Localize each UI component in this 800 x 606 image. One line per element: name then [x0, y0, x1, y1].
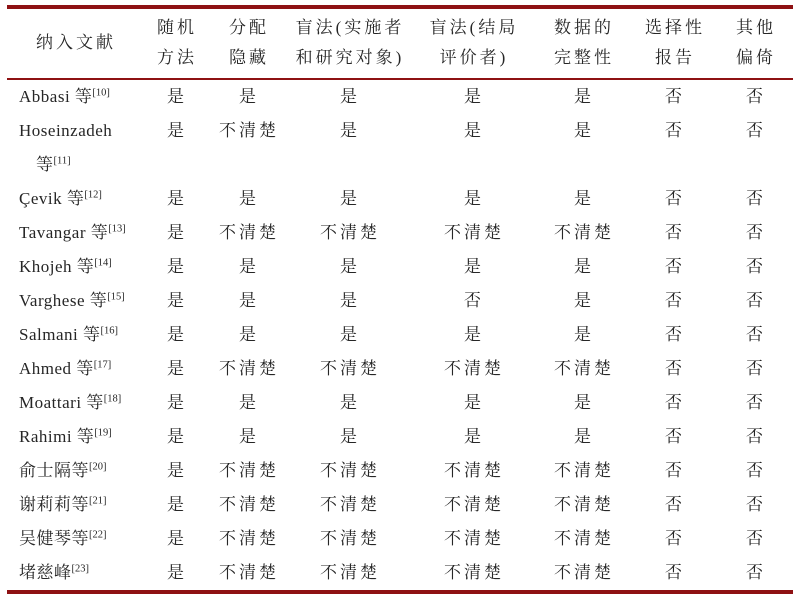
- assessment-cell: 否: [719, 79, 793, 114]
- reference-number: [22]: [89, 529, 107, 540]
- assessment-cell: 是: [145, 386, 209, 420]
- assessment-cell: 不清楚: [289, 522, 411, 556]
- table-row: Ahmed 等[17]是不清楚不清楚不清楚不清楚否否: [7, 352, 793, 386]
- study-citation: Hoseinzadeh 等[11]: [7, 114, 145, 182]
- col-header-allocation-concealment: 分配 隐藏: [209, 7, 289, 79]
- reference-number: [17]: [94, 359, 112, 370]
- header-row: 纳入文献 随机 方法 分配 隐藏 盲法(实施者 和研究对象) 盲法(结局 评价者…: [7, 7, 793, 79]
- assessment-cell: 否: [631, 250, 719, 284]
- col-header-selective-reporting: 选择性 报告: [631, 7, 719, 79]
- assessment-cell: 是: [145, 522, 209, 556]
- assessment-cell: 否: [719, 318, 793, 352]
- paper-table-figure: 纳入文献 随机 方法 分配 隐藏 盲法(实施者 和研究对象) 盲法(结局 评价者…: [0, 0, 800, 594]
- reference-number: [15]: [107, 291, 125, 302]
- assessment-cell: 是: [289, 114, 411, 182]
- reference-number: [11]: [54, 155, 71, 166]
- study-name: Abbasi 等: [19, 87, 92, 106]
- study-citation: Ahmed 等[17]: [7, 352, 145, 386]
- assessment-cell: 是: [209, 284, 289, 318]
- assessment-cell: 是: [289, 420, 411, 454]
- reference-number: [12]: [84, 189, 102, 200]
- study-name: 堵慈峰: [19, 563, 72, 582]
- assessment-cell: 不清楚: [209, 556, 289, 592]
- assessment-cell: 是: [411, 318, 537, 352]
- assessment-cell: 不清楚: [537, 488, 631, 522]
- assessment-cell: 不清楚: [289, 216, 411, 250]
- study-citation: 谢莉莉等[21]: [7, 488, 145, 522]
- assessment-cell: 是: [145, 250, 209, 284]
- assessment-cell: 是: [145, 114, 209, 182]
- assessment-cell: 是: [411, 250, 537, 284]
- assessment-cell: 不清楚: [209, 114, 289, 182]
- assessment-cell: 是: [411, 114, 537, 182]
- study-citation: Çevik 等[12]: [7, 182, 145, 216]
- assessment-cell: 是: [145, 352, 209, 386]
- assessment-cell: 是: [145, 318, 209, 352]
- assessment-cell: 否: [631, 454, 719, 488]
- assessment-cell: 不清楚: [411, 454, 537, 488]
- reference-number: [10]: [92, 87, 110, 98]
- assessment-cell: 不清楚: [411, 556, 537, 592]
- assessment-cell: 是: [145, 216, 209, 250]
- col-header-included-studies: 纳入文献: [7, 7, 145, 79]
- assessment-cell: 是: [411, 79, 537, 114]
- assessment-cell: 是: [145, 284, 209, 318]
- assessment-cell: 是: [411, 420, 537, 454]
- reference-number: [16]: [100, 325, 118, 336]
- assessment-cell: 否: [719, 216, 793, 250]
- assessment-cell: 否: [631, 556, 719, 592]
- table-row: 堵慈峰[23]是不清楚不清楚不清楚不清楚否否: [7, 556, 793, 592]
- table-row: Varghese 等[15]是是是否是否否: [7, 284, 793, 318]
- assessment-cell: 不清楚: [289, 454, 411, 488]
- assessment-cell: 不清楚: [537, 216, 631, 250]
- assessment-cell: 否: [631, 216, 719, 250]
- study-name: Varghese 等: [19, 291, 107, 310]
- table-row: Salmani 等[16]是是是是是否否: [7, 318, 793, 352]
- assessment-cell: 否: [631, 182, 719, 216]
- assessment-cell: 是: [537, 284, 631, 318]
- assessment-cell: 是: [411, 386, 537, 420]
- study-citation: 堵慈峰[23]: [7, 556, 145, 592]
- assessment-cell: 否: [411, 284, 537, 318]
- assessment-cell: 不清楚: [289, 352, 411, 386]
- study-name: Çevik 等: [19, 189, 84, 208]
- assessment-cell: 否: [719, 182, 793, 216]
- assessment-cell: 是: [289, 386, 411, 420]
- assessment-cell: 是: [145, 454, 209, 488]
- col-header-other-bias: 其他 偏倚: [719, 7, 793, 79]
- assessment-cell: 不清楚: [209, 216, 289, 250]
- study-name: 吴健琴等: [19, 529, 89, 548]
- assessment-cell: 是: [537, 250, 631, 284]
- assessment-cell: 不清楚: [209, 488, 289, 522]
- assessment-cell: 否: [719, 454, 793, 488]
- assessment-cell: 不清楚: [209, 522, 289, 556]
- study-name: Moattari 等: [19, 393, 104, 412]
- assessment-cell: 是: [209, 79, 289, 114]
- assessment-cell: 是: [209, 250, 289, 284]
- assessment-cell: 是: [209, 318, 289, 352]
- assessment-cell: 否: [631, 386, 719, 420]
- reference-number: [21]: [89, 495, 107, 506]
- study-citation: 吴健琴等[22]: [7, 522, 145, 556]
- assessment-cell: 是: [537, 182, 631, 216]
- assessment-cell: 是: [145, 182, 209, 216]
- assessment-cell: 是: [289, 284, 411, 318]
- assessment-cell: 否: [719, 420, 793, 454]
- table-row: Tavangar 等[13]是不清楚不清楚不清楚不清楚否否: [7, 216, 793, 250]
- assessment-cell: 是: [145, 79, 209, 114]
- assessment-cell: 否: [631, 284, 719, 318]
- assessment-cell: 否: [719, 522, 793, 556]
- reference-number: [20]: [89, 461, 107, 472]
- col-header-blinding-outcome-assessors: 盲法(结局 评价者): [411, 7, 537, 79]
- table-row: 谢莉莉等[21]是不清楚不清楚不清楚不清楚否否: [7, 488, 793, 522]
- study-citation: 俞士隔等[20]: [7, 454, 145, 488]
- study-citation: Salmani 等[16]: [7, 318, 145, 352]
- assessment-cell: 是: [289, 79, 411, 114]
- reference-number: [13]: [108, 223, 126, 234]
- study-citation: Varghese 等[15]: [7, 284, 145, 318]
- assessment-cell: 不清楚: [537, 352, 631, 386]
- study-citation: Abbasi 等[10]: [7, 79, 145, 114]
- study-citation: Moattari 等[18]: [7, 386, 145, 420]
- assessment-cell: 否: [719, 114, 793, 182]
- assessment-cell: 不清楚: [411, 352, 537, 386]
- table-row: Abbasi 等[10]是是是是是否否: [7, 79, 793, 114]
- assessment-cell: 是: [537, 114, 631, 182]
- table-row: Moattari 等[18]是是是是是否否: [7, 386, 793, 420]
- assessment-cell: 否: [631, 79, 719, 114]
- col-header-blinding-performers-participants: 盲法(实施者 和研究对象): [289, 7, 411, 79]
- table-row: Khojeh 等[14]是是是是是否否: [7, 250, 793, 284]
- col-header-data-completeness: 数据的 完整性: [537, 7, 631, 79]
- table-row: 俞士隔等[20]是不清楚不清楚不清楚不清楚否否: [7, 454, 793, 488]
- assessment-cell: 是: [209, 182, 289, 216]
- study-name: Khojeh 等: [19, 257, 94, 276]
- study-name: Rahimi 等: [19, 427, 94, 446]
- study-name: Salmani 等: [19, 325, 100, 344]
- assessment-cell: 是: [289, 318, 411, 352]
- assessment-cell: 不清楚: [289, 488, 411, 522]
- assessment-cell: 否: [631, 352, 719, 386]
- table-row: 吴健琴等[22]是不清楚不清楚不清楚不清楚否否: [7, 522, 793, 556]
- assessment-cell: 是: [209, 386, 289, 420]
- study-name: 谢莉莉等: [19, 495, 89, 514]
- assessment-cell: 不清楚: [411, 488, 537, 522]
- study-name: Tavangar 等: [19, 223, 108, 242]
- assessment-cell: 是: [411, 182, 537, 216]
- col-header-randomization-method: 随机 方法: [145, 7, 209, 79]
- assessment-cell: 否: [631, 114, 719, 182]
- assessment-cell: 否: [719, 284, 793, 318]
- assessment-cell: 不清楚: [537, 454, 631, 488]
- reference-number: [18]: [104, 393, 122, 404]
- table-body: Abbasi 等[10]是是是是是否否Hoseinzadeh 等[11]是不清楚…: [7, 79, 793, 592]
- assessment-cell: 不清楚: [209, 454, 289, 488]
- table-row: Rahimi 等[19]是是是是是否否: [7, 420, 793, 454]
- assessment-cell: 否: [719, 488, 793, 522]
- assessment-cell: 是: [537, 79, 631, 114]
- assessment-cell: 否: [631, 522, 719, 556]
- assessment-cell: 是: [289, 250, 411, 284]
- risk-of-bias-table: 纳入文献 随机 方法 分配 隐藏 盲法(实施者 和研究对象) 盲法(结局 评价者…: [7, 5, 793, 594]
- reference-number: [14]: [94, 257, 112, 268]
- table-row: Çevik 等[12]是是是是是否否: [7, 182, 793, 216]
- assessment-cell: 是: [145, 488, 209, 522]
- assessment-cell: 不清楚: [289, 556, 411, 592]
- assessment-cell: 是: [145, 420, 209, 454]
- assessment-cell: 否: [719, 386, 793, 420]
- table-row: Hoseinzadeh 等[11]是不清楚是是是否否: [7, 114, 793, 182]
- assessment-cell: 否: [631, 420, 719, 454]
- assessment-cell: 否: [719, 556, 793, 592]
- assessment-cell: 不清楚: [411, 522, 537, 556]
- assessment-cell: 不清楚: [537, 522, 631, 556]
- assessment-cell: 不清楚: [411, 216, 537, 250]
- reference-number: [23]: [72, 563, 90, 574]
- assessment-cell: 否: [719, 250, 793, 284]
- assessment-cell: 不清楚: [537, 556, 631, 592]
- assessment-cell: 否: [631, 318, 719, 352]
- assessment-cell: 是: [537, 318, 631, 352]
- assessment-cell: 是: [537, 420, 631, 454]
- study-name: 俞士隔等: [19, 461, 89, 480]
- study-citation: Rahimi 等[19]: [7, 420, 145, 454]
- assessment-cell: 是: [289, 182, 411, 216]
- assessment-cell: 是: [145, 556, 209, 592]
- assessment-cell: 不清楚: [209, 352, 289, 386]
- reference-number: [19]: [94, 427, 112, 438]
- study-name: Ahmed 等: [19, 359, 94, 378]
- assessment-cell: 否: [719, 352, 793, 386]
- assessment-cell: 是: [209, 420, 289, 454]
- assessment-cell: 是: [537, 386, 631, 420]
- study-citation: Tavangar 等[13]: [7, 216, 145, 250]
- assessment-cell: 否: [631, 488, 719, 522]
- study-citation: Khojeh 等[14]: [7, 250, 145, 284]
